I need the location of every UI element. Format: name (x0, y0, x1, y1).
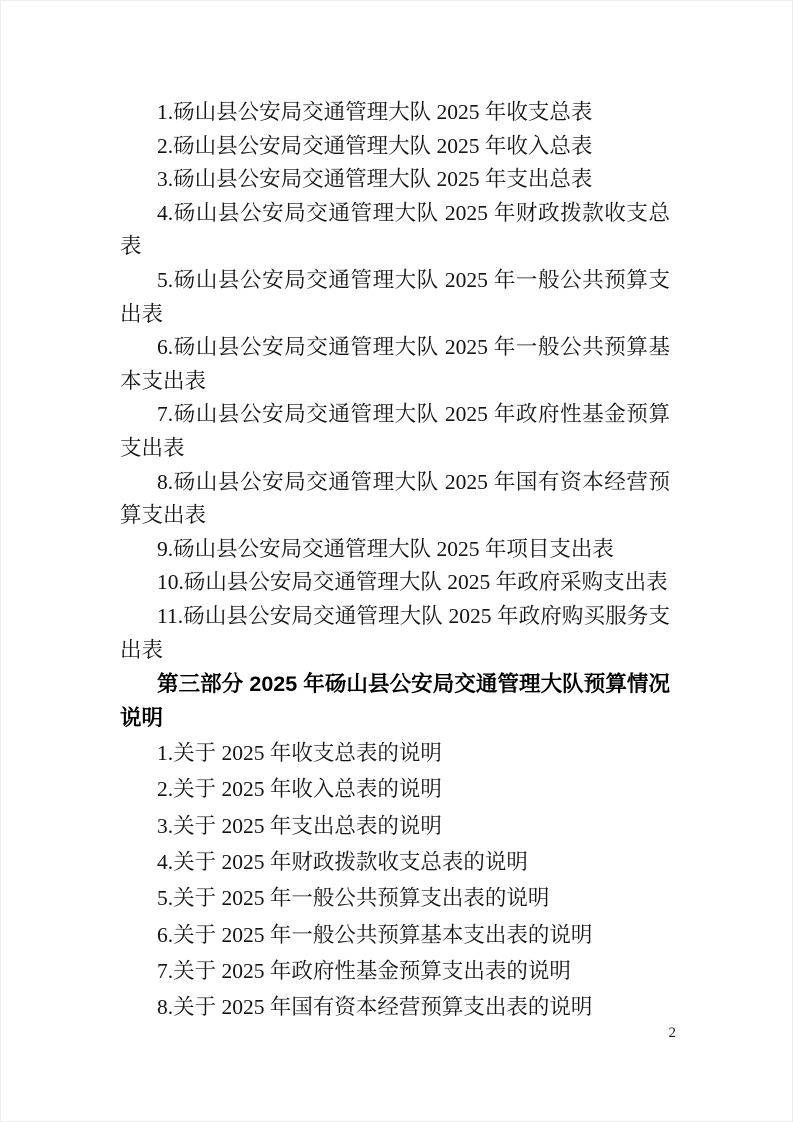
attachment-table-item: 6.砀山县公安局交通管理大队 2025 年一般公共预算基本支出表 (120, 331, 670, 398)
budget-note-item: 1.关于 2025 年收支总表的说明 (120, 735, 670, 771)
attachment-table-item: 10.砀山县公安局交通管理大队 2025 年政府采购支出表 (120, 566, 670, 600)
budget-note-item: 6.关于 2025 年一般公共预算基本支出表的说明 (120, 917, 670, 953)
attachment-table-item: 1.砀山县公安局交通管理大队 2025 年收支总表 (120, 96, 670, 130)
budget-note-item: 7.关于 2025 年政府性基金预算支出表的说明 (120, 953, 670, 989)
attachment-table-item: 2.砀山县公安局交通管理大队 2025 年收入总表 (120, 130, 670, 164)
page-number: 2 (669, 1024, 677, 1042)
attachment-table-item: 9.砀山县公安局交通管理大队 2025 年项目支出表 (120, 533, 670, 567)
attachment-table-item: 7.砀山县公安局交通管理大队 2025 年政府性基金预算支出表 (120, 398, 670, 465)
attachment-table-item: 8.砀山县公安局交通管理大队 2025 年国有资本经营预算支出表 (120, 466, 670, 533)
document-page: 1.砀山县公安局交通管理大队 2025 年收支总表 2.砀山县公安局交通管理大队… (0, 0, 793, 1122)
attachment-table-item: 4.砀山县公安局交通管理大队 2025 年财政拨款收支总表 (120, 197, 670, 264)
budget-note-item: 5.关于 2025 年一般公共预算支出表的说明 (120, 880, 670, 916)
budget-note-item: 2.关于 2025 年收入总表的说明 (120, 771, 670, 807)
budget-note-item: 3.关于 2025 年支出总表的说明 (120, 808, 670, 844)
attachment-table-item: 3.砀山县公安局交通管理大队 2025 年支出总表 (120, 163, 670, 197)
section3-heading: 第三部分 2025 年砀山县公安局交通管理大队预算情况说明 (120, 667, 670, 735)
budget-note-item: 4.关于 2025 年财政拨款收支总表的说明 (120, 844, 670, 880)
attachment-table-item: 5.砀山县公安局交通管理大队 2025 年一般公共预算支出表 (120, 264, 670, 331)
document-body: 1.砀山县公安局交通管理大队 2025 年收支总表 2.砀山县公安局交通管理大队… (120, 96, 670, 1025)
attachment-table-item: 11.砀山县公安局交通管理大队 2025 年政府购买服务支出表 (120, 600, 670, 667)
budget-note-item: 8.关于 2025 年国有资本经营预算支出表的说明 (120, 989, 670, 1025)
